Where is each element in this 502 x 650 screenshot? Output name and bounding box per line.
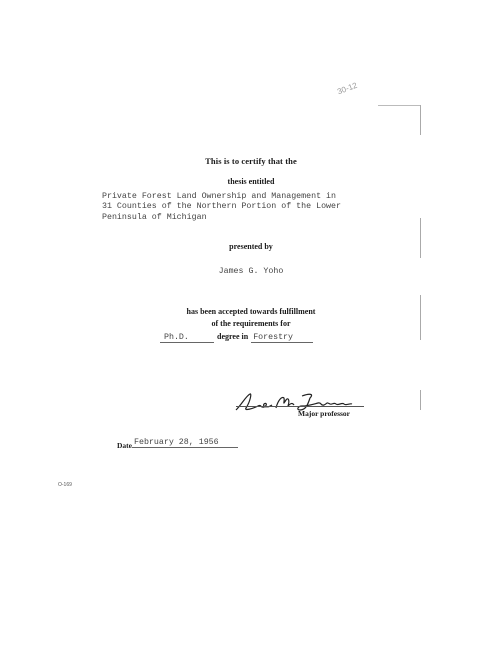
signature-line xyxy=(236,406,364,407)
thesis-title: Private Forest Land Ownership and Manage… xyxy=(102,192,341,223)
page-edge-mark xyxy=(420,105,421,135)
thesis-title-line: Private Forest Land Ownership and Manage… xyxy=(102,192,341,202)
form-number: O-169 xyxy=(58,482,72,488)
field-of-study-field: Forestry xyxy=(251,332,313,343)
degree-value: Ph.D. xyxy=(164,333,189,342)
date-label: Date xyxy=(117,441,132,450)
page-edge-mark xyxy=(420,390,421,410)
degree-in-label: degree in xyxy=(217,332,248,341)
accepted-line: has been accepted towards fulfillment xyxy=(0,307,502,316)
thesis-entitled-label: thesis entitled xyxy=(0,177,502,186)
document-page: 30-12 This is to certify that the thesis… xyxy=(0,0,502,650)
signature-role: Major professor xyxy=(298,409,350,418)
presented-by-label: presented by xyxy=(0,242,502,251)
page-edge-mark xyxy=(378,105,420,106)
page-edge-mark xyxy=(420,295,421,340)
date-field: February 28, 1956 xyxy=(132,437,238,448)
degree-line: Ph.D.degree inForestry xyxy=(160,332,313,343)
field-of-study-value: Forestry xyxy=(253,333,293,342)
handwritten-annotation: 30-12 xyxy=(336,81,358,96)
date-row: DateFebruary 28, 1956 xyxy=(117,441,238,452)
requirements-line: of the requirements for xyxy=(0,319,502,328)
thesis-title-line: 31 Counties of the Northern Portion of t… xyxy=(102,202,341,212)
certify-line: This is to certify that the xyxy=(0,156,502,166)
author-name: James G. Yoho xyxy=(0,267,502,276)
date-value: February 28, 1956 xyxy=(134,438,219,447)
degree-field: Ph.D. xyxy=(160,332,214,343)
page-edge-mark xyxy=(420,218,421,258)
thesis-title-line: Peninsula of Michigan xyxy=(102,213,341,223)
